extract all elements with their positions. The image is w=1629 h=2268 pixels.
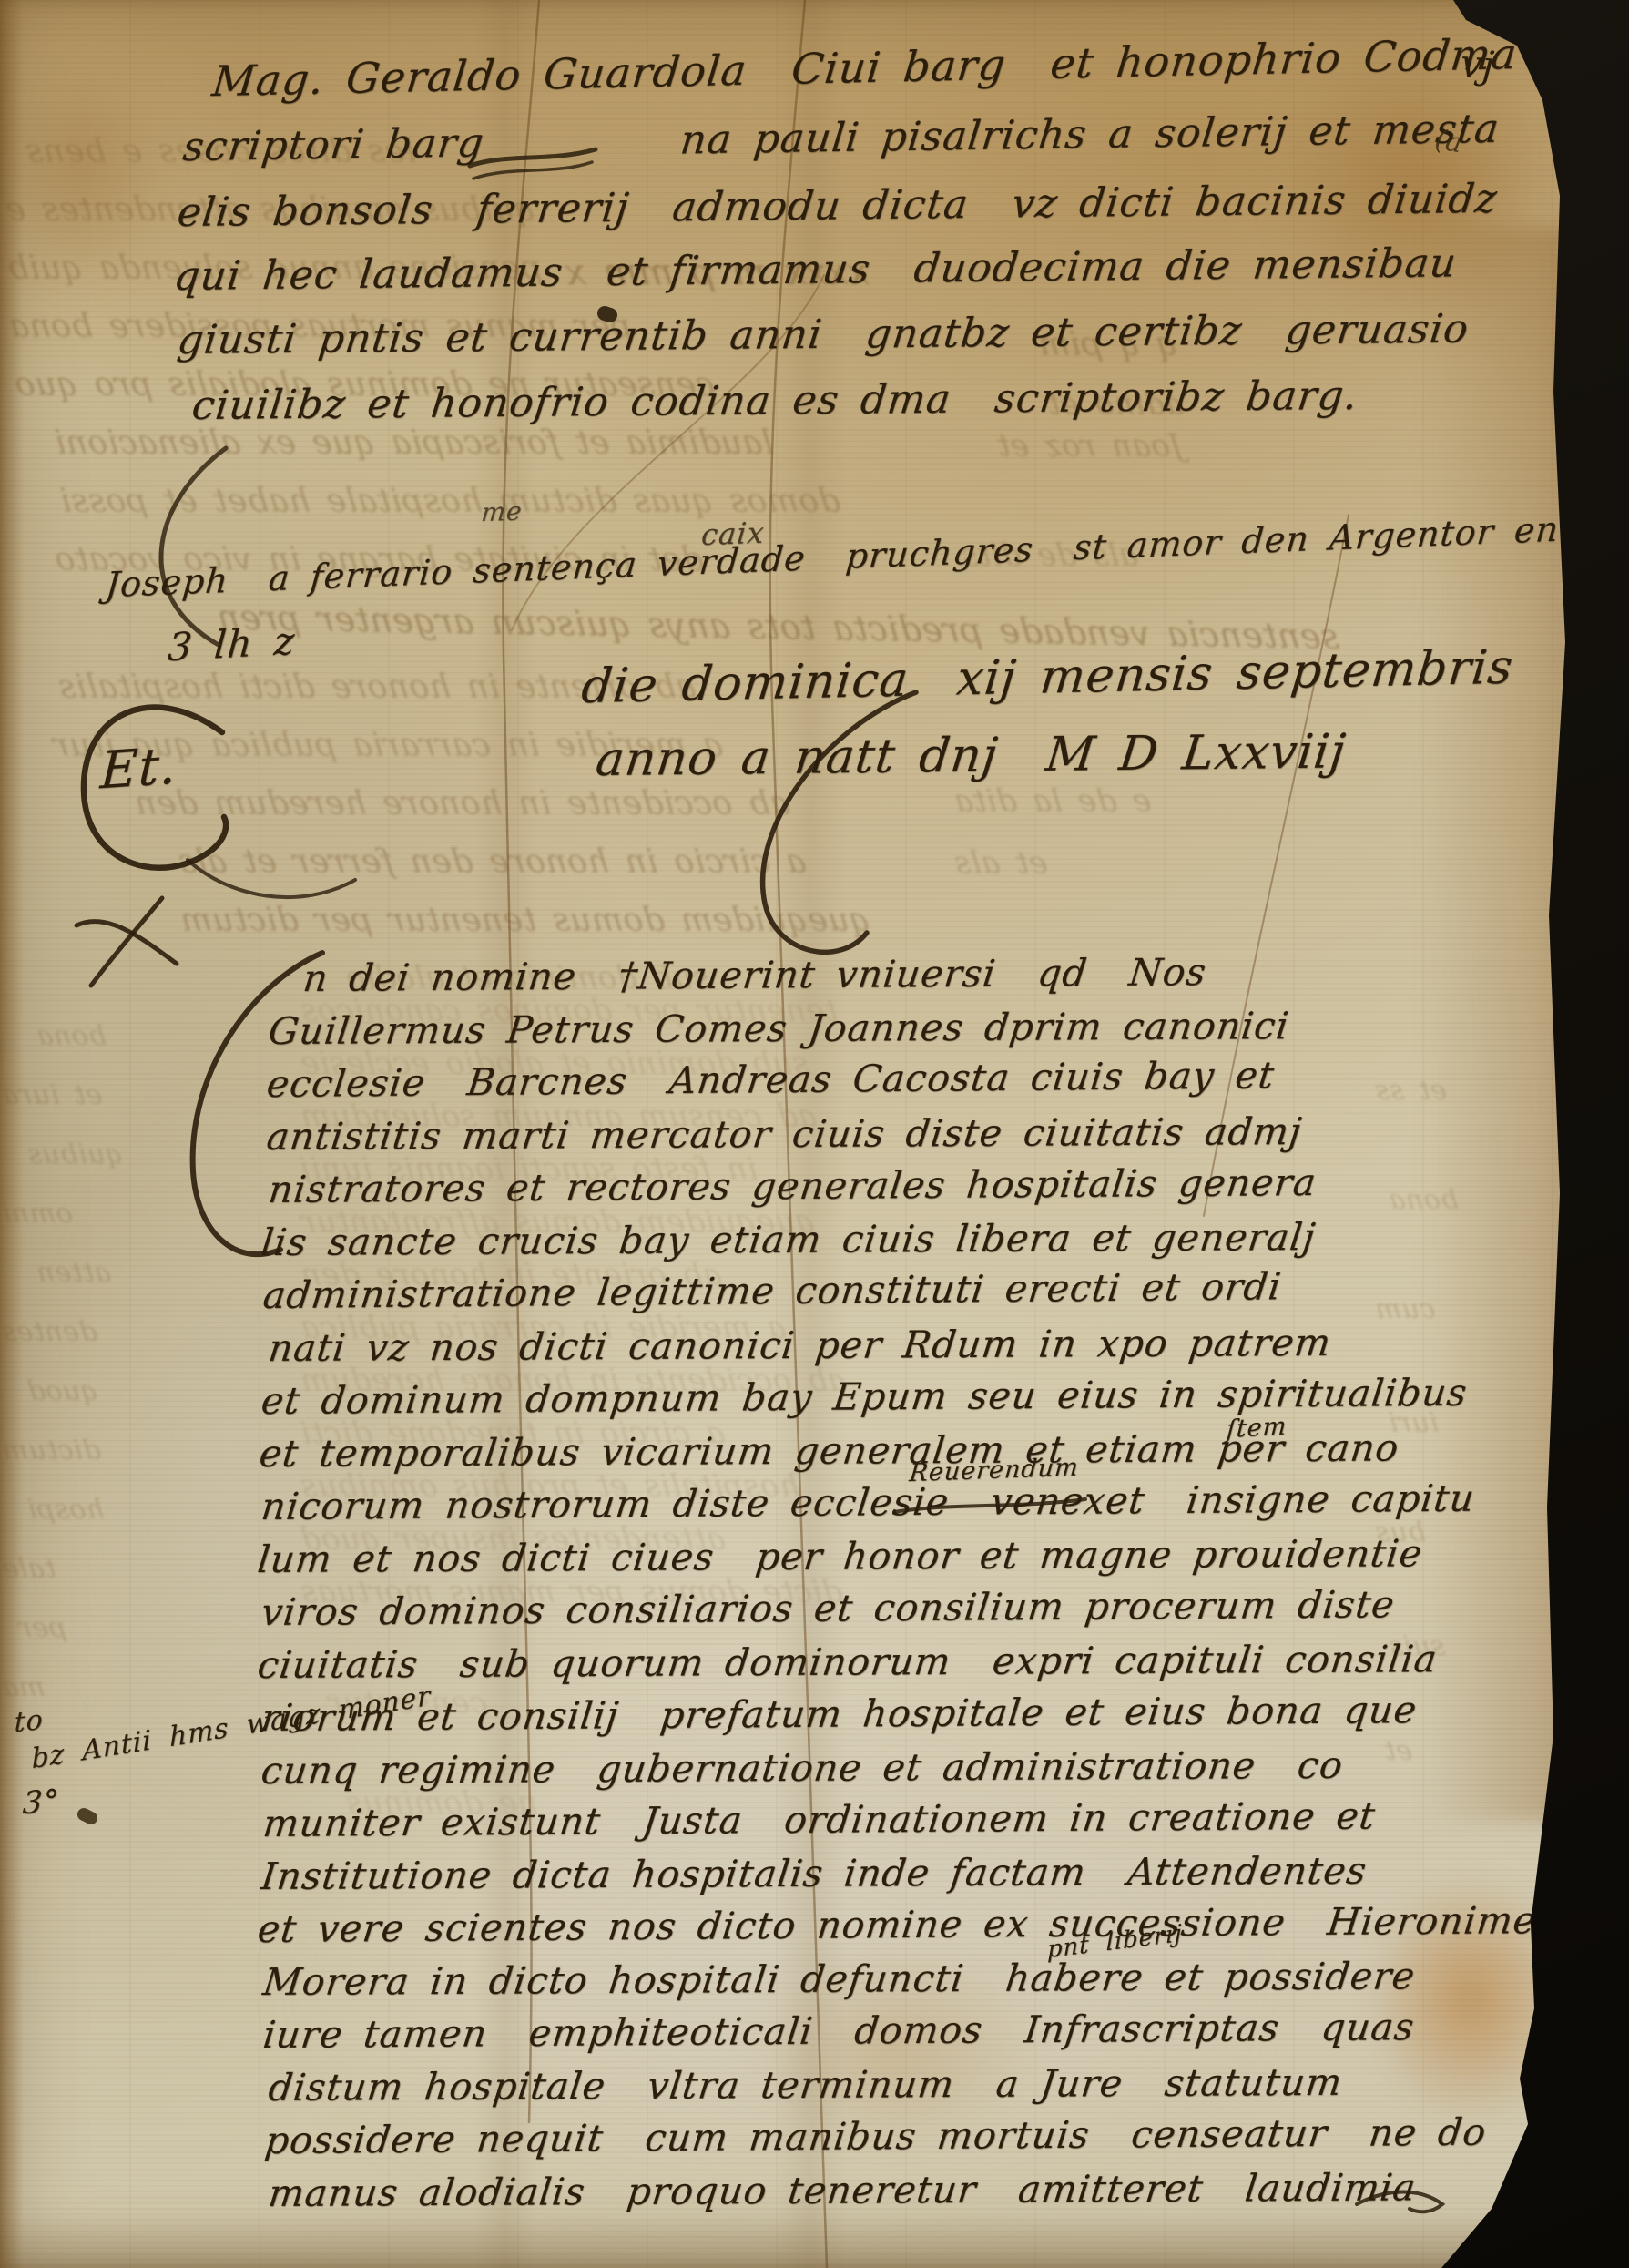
body-line: possidere nequit cum manibus mortuis cen… bbox=[262, 2110, 1489, 2162]
body-line: lis sancte crucis bay etiam ciuis libera… bbox=[259, 1215, 1318, 1264]
body-line: Morera in dicto hospitali defuncti haber… bbox=[260, 1954, 1418, 2004]
handwriting-layer: Mag. Geraldo Guardola Ciui barg et honop… bbox=[0, 0, 1629, 2268]
annotation-line: 3 lh z bbox=[167, 618, 297, 670]
dateline: anno a natt dnj M D Lxxviij bbox=[593, 724, 1349, 787]
body-line: ciuitatis sub quorum dominorum expri cap… bbox=[255, 1637, 1440, 1687]
body-line: ecclesie Barcnes Andreas Cacosta ciuis b… bbox=[265, 1053, 1278, 1106]
folio-number: vj bbox=[1459, 41, 1495, 87]
body-line: n dei nomine †Nouerint vniuersi qd Nos bbox=[300, 950, 1208, 1000]
interlinear-insert: Reuerendum bbox=[908, 1454, 1080, 1488]
body-line: lum et nos dicti ciues per honor et magn… bbox=[255, 1531, 1425, 1581]
manuscript-page: les dites coses e bensquibus omnibus att… bbox=[0, 0, 1629, 2268]
header-line: elis bonsols ferrerij admodu dicta vz di… bbox=[175, 176, 1500, 236]
header-line: ciuilibz et honofrio codina es dma scrip… bbox=[189, 373, 1360, 429]
annotation-line: Joseph a ferrario sentença verdade pruch… bbox=[104, 503, 1629, 605]
margin-note: 3° bbox=[22, 1783, 61, 1822]
body-line: riorum et consilij prefatum hospitale et… bbox=[259, 1688, 1420, 1740]
body-line: nistratores et rectores generales hospit… bbox=[266, 1160, 1318, 1211]
body-line: et vere scientes nos dicto nomine ex suc… bbox=[255, 1898, 1538, 1951]
body-line: cunq regimine gubernatione et administra… bbox=[259, 1743, 1345, 1793]
manuscript-photo: les dites coses e bensquibus omnibus att… bbox=[0, 0, 1629, 2268]
body-line: administratione legittime constituti ere… bbox=[261, 1264, 1284, 1317]
interlinear-insert: ſtem bbox=[1226, 1413, 1288, 1445]
body-line: Institutione dicta hospitalis inde facta… bbox=[259, 1849, 1369, 1898]
header-line: giusti pntis et currentib anni gnatbz et… bbox=[175, 306, 1471, 363]
header-line: qui hec laudamus et firmamus duodecima d… bbox=[171, 240, 1459, 300]
body-line: et dominum dompnum bay Epum seu eius in … bbox=[259, 1371, 1470, 1423]
margin-note: to bbox=[14, 1704, 44, 1740]
body-line: distum hospitale vltra terminum a Jure s… bbox=[266, 2060, 1344, 2110]
body-line: manus alodialis proquo teneretur amitter… bbox=[266, 2165, 1419, 2215]
body-line: nicorum nostrorum diste ecclesie venexet… bbox=[259, 1476, 1477, 1528]
body-line: antistitis marti mercator ciuis diste ci… bbox=[264, 1109, 1304, 1159]
stray-word: me bbox=[480, 495, 524, 527]
header-line: Mag. Geraldo Guardola Ciui barg et honop… bbox=[210, 29, 1520, 106]
folio-mark: (a bbox=[1432, 124, 1464, 160]
header-line: scriptori barg na pauli pisalrichs a sol… bbox=[180, 106, 1502, 170]
body-line: viros dominos consiliarios et consilium … bbox=[259, 1582, 1397, 1634]
body-line: Guillermus Petrus Comes Joannes dprim ca… bbox=[266, 1004, 1291, 1053]
body-line: muniter existunt Justa ordinationem in c… bbox=[260, 1793, 1378, 1845]
body-line: nati vz nos dicti canonici per Rdum in x… bbox=[266, 1321, 1333, 1370]
dateline: die dominica xij mensis septembris bbox=[579, 640, 1516, 715]
notarial-mark-label: Et. bbox=[99, 736, 178, 801]
body-line: iure tamen emphiteoticali domos Infrascr… bbox=[260, 2005, 1417, 2057]
